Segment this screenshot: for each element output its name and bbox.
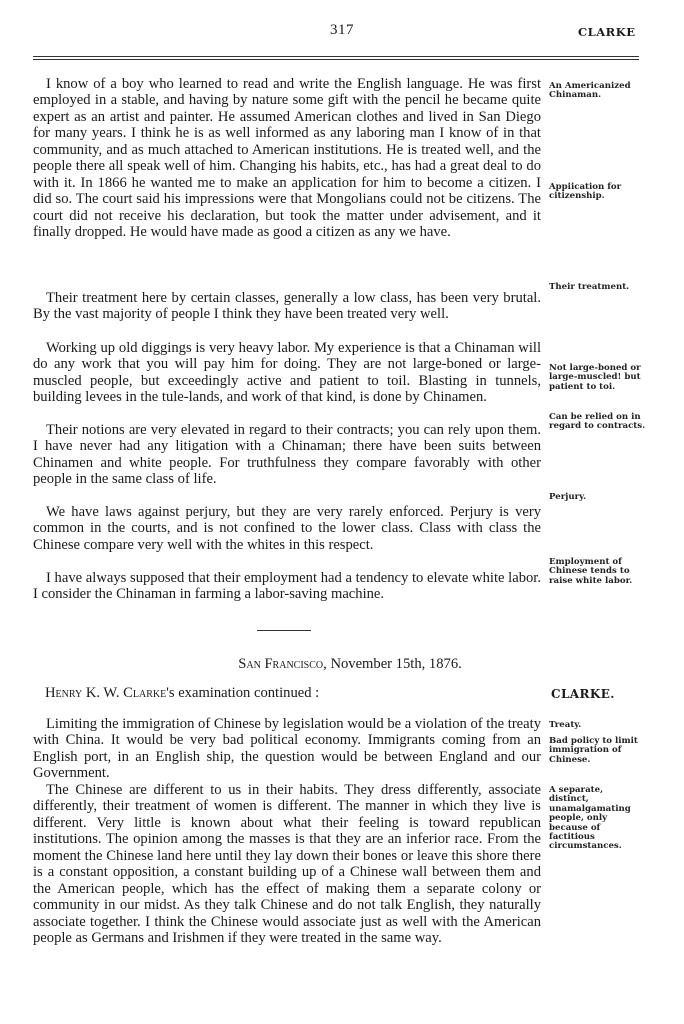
witness-name: Henry K. W. Clarke — [45, 685, 166, 701]
paragraph: Limiting the immigration of Chinese by l… — [33, 716, 541, 782]
margin-note: Treaty. — [549, 721, 679, 730]
margin-note: Appiication for citizenship. — [549, 183, 639, 202]
margin-note: Perjury. — [549, 493, 679, 502]
dateline-date: , November 15th, 1876. — [323, 656, 462, 672]
examination-heading: Henry K. W. Clarke's examination continu… — [45, 685, 319, 702]
section-divider-rule — [257, 630, 311, 631]
paragraph: We have laws against perjury, but they a… — [33, 504, 541, 570]
paragraph: Their notions are very elevated in regar… — [33, 422, 541, 504]
testimony-section-2: Limiting the immigration of Chinese by l… — [33, 716, 541, 947]
margin-note: Employment of Chinese tends to raise whi… — [549, 558, 649, 586]
dateline: San Francisco, November 15th, 1876. — [0, 656, 684, 673]
margin-note: Their treatment. — [549, 283, 679, 292]
examination-suffix: 's examination continued : — [166, 685, 319, 701]
running-head: CLARKE — [578, 25, 635, 39]
paragraph: I know of a boy who learned to read and … — [33, 76, 541, 290]
margin-note: Can be relied on in regard to contracts. — [549, 413, 647, 432]
paragraph: I have always supposed that their employ… — [33, 570, 541, 620]
paragraph: Working up old diggings is very heavy la… — [33, 340, 541, 422]
paragraph: The Chinese are different to us in their… — [33, 782, 541, 947]
header-double-rule — [33, 56, 639, 60]
margin-note: An Americanized Chinaman. — [549, 82, 679, 101]
dateline-place: San Francisco — [238, 656, 323, 672]
margin-note: Not large-boned or large-muscled! but pa… — [549, 364, 647, 392]
margin-witness-head: CLARKE. — [551, 687, 615, 701]
margin-note: Bad policy to limit immigration of Chine… — [549, 737, 641, 765]
paragraph: Their treatment here by certain classes,… — [33, 290, 541, 340]
margin-note: A separate, distinct, unamalgamating peo… — [549, 786, 639, 852]
testimony-section-1: I know of a boy who learned to read and … — [33, 76, 541, 620]
